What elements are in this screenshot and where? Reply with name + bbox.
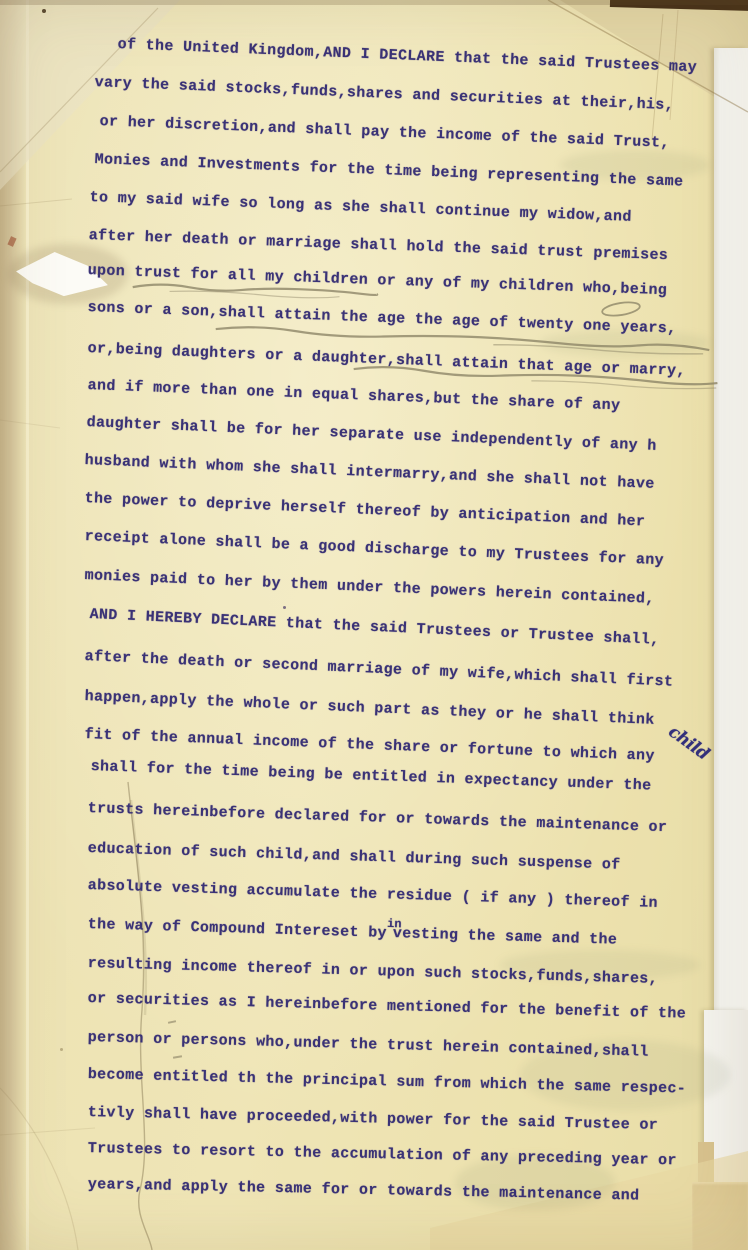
typewritten-line-12: husband with whom she shall intermarry,a… bbox=[84, 452, 655, 493]
typewritten-line-1: of the United Kingdom,AND I DECLARE that… bbox=[117, 36, 697, 76]
typewritten-line-17: after the death or second marriage of my… bbox=[84, 648, 673, 691]
speck bbox=[60, 1048, 63, 1051]
typewritten-line-23: absolute vesting accumulate the residue … bbox=[87, 877, 658, 912]
pencil-tick bbox=[173, 1055, 182, 1059]
handwritten-annotation-child: child bbox=[664, 722, 712, 765]
typewritten-line-26: or securities as I hereinbefore mentione… bbox=[88, 990, 687, 1023]
typewritten-line-19: fit of the annual income of the share or… bbox=[84, 726, 655, 765]
typewritten-line-22: education of such child,and shall during… bbox=[87, 840, 620, 874]
typewritten-line-5: to my said wife so long as she shall con… bbox=[89, 189, 632, 226]
typewritten-line-6: after her death or marriage shall hold t… bbox=[88, 227, 668, 264]
scanned-document-page: of the United Kingdom,AND I DECLARE that… bbox=[0, 0, 748, 1250]
speck bbox=[283, 606, 286, 609]
typewritten-line-11: daughter shall be for her separate use i… bbox=[86, 414, 657, 455]
typewritten-line-18: happen,apply the whole or such part as t… bbox=[84, 688, 655, 729]
typewritten-line-21: trusts hereinbefore declared for or towa… bbox=[87, 800, 667, 836]
typewritten-line-20: shall for the time being be entitled in … bbox=[90, 758, 651, 795]
pencil-tick bbox=[168, 1020, 176, 1024]
typewritten-line-24: the way of Compound Intereset byinvestin… bbox=[87, 916, 617, 949]
typed-insertion-word: in bbox=[387, 917, 393, 931]
typewritten-line-30: Trustees to resort to the accumulation o… bbox=[88, 1140, 677, 1169]
pencil-circle-one bbox=[598, 296, 646, 322]
typewritten-line-16: AND I HEREBY DECLARE that the said Trust… bbox=[89, 606, 660, 649]
speck bbox=[42, 9, 46, 13]
typewritten-line-3: or her discretion,and shall pay the inco… bbox=[99, 113, 670, 152]
typewritten-line-15: monies paid to her by them under the pow… bbox=[84, 567, 655, 608]
top-edge-shadow bbox=[0, 0, 748, 5]
typewritten-line-29: tivly shall have proceeded,with power fo… bbox=[88, 1104, 659, 1134]
page-left-edge bbox=[0, 0, 26, 1250]
typewritten-line-2: vary the said stocks,funds,shares and se… bbox=[94, 74, 674, 114]
typewritten-line-14: receipt alone shall be a good discharge … bbox=[84, 528, 664, 569]
left-fold-highlight bbox=[26, 0, 29, 1250]
typewritten-line-13: the power to deprive herself thereof by … bbox=[84, 490, 645, 530]
